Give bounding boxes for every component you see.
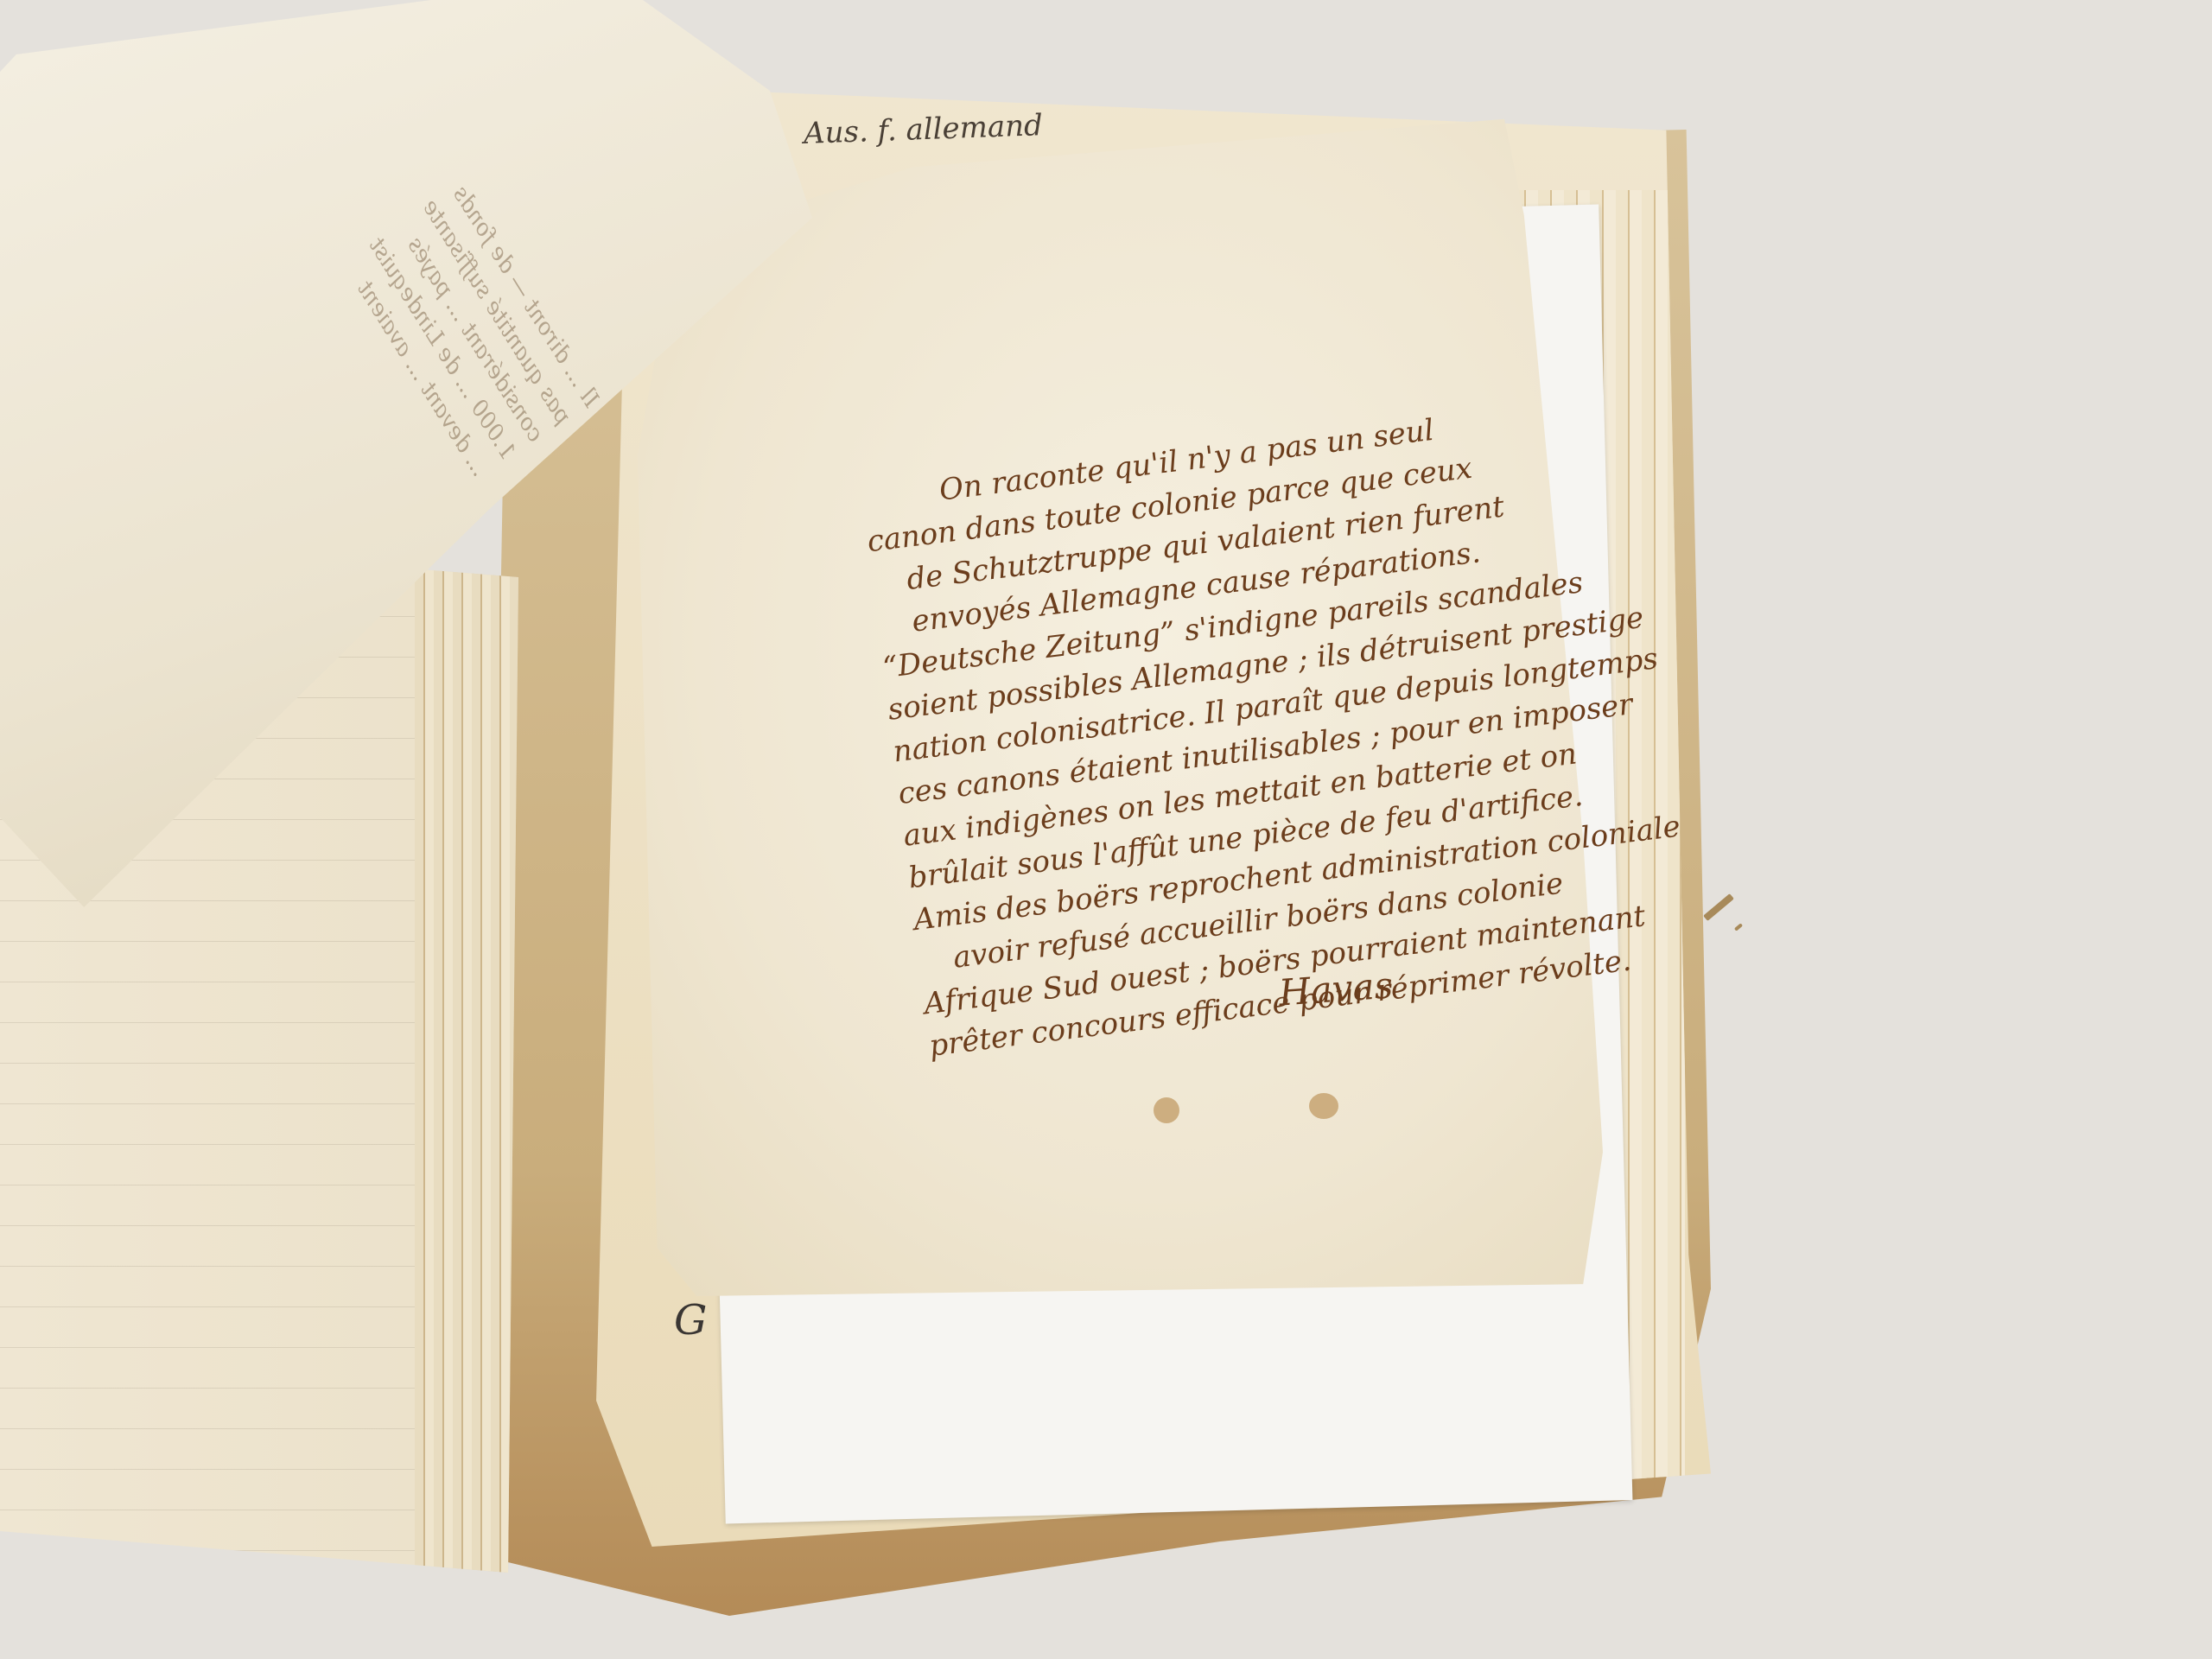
handwritten-dispatch-text: On raconte qu'il n'y a pas un seul canon…	[860, 393, 1635, 1068]
foxing-stain	[1309, 1093, 1338, 1119]
paper-debris	[1734, 923, 1743, 931]
underlying-page-initial: G	[674, 1296, 707, 1344]
paper-debris	[1703, 893, 1734, 921]
left-stack-page-edges	[415, 536, 518, 1573]
foxing-stain	[1154, 1097, 1179, 1123]
signature-havas: Havas	[1277, 963, 1394, 1014]
bleed-through-text: Il ... diront — de fonds pas quantité su…	[212, 0, 607, 483]
underlying-page-heading: Aus. f. allemand	[803, 108, 1043, 151]
foxing-stain	[1426, 104, 1438, 123]
